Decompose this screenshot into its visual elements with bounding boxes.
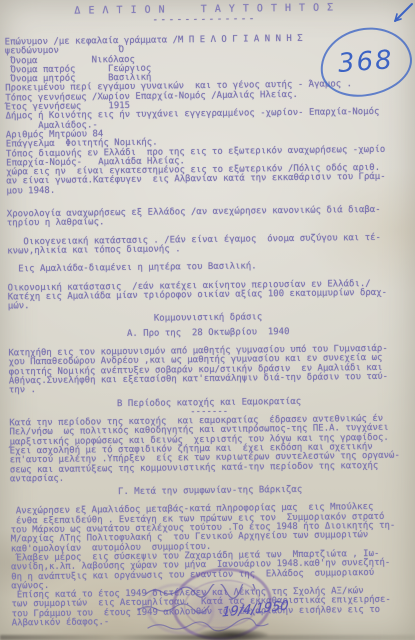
pen-arrow-mark-icon	[388, 2, 414, 26]
file-number: 368	[337, 45, 395, 79]
document-body: Επώνυμον /με κεφαλαία γράμματα /Μ Π Ε Λ …	[5, 34, 412, 629]
paper-bottom-edge	[0, 635, 415, 640]
